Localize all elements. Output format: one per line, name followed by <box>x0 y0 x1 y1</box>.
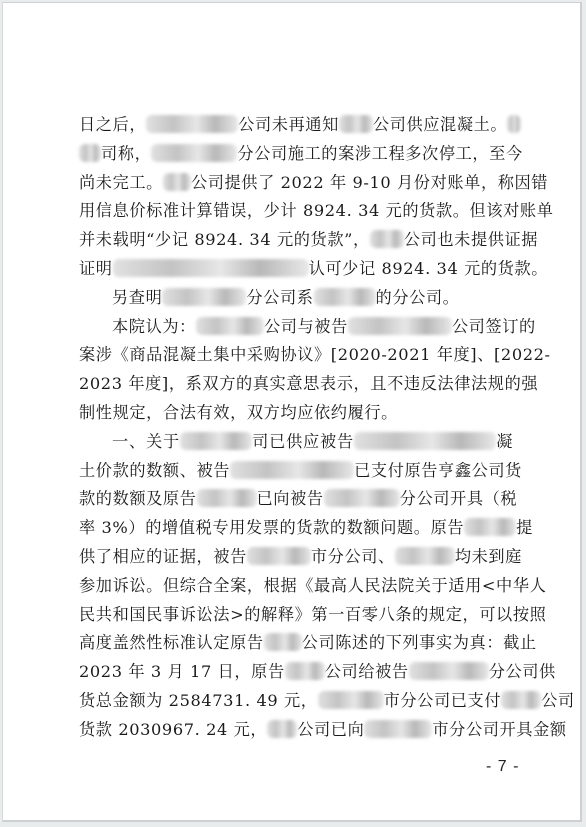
redacted-name <box>197 489 257 507</box>
text-segment: 公司与被告 <box>264 317 348 336</box>
text-segment: 制性规定，合法有效，双方均应依约履行。 <box>79 403 398 422</box>
text-line: 民共和国民事诉讼法>的解释》第一百零八条的规定，可以按照 <box>79 601 513 630</box>
redacted-name <box>348 317 452 335</box>
text-segment: 货总金额为 2584731. 49 元， <box>79 691 318 710</box>
text-segment: 认可少记 8924. 34 元的货款。 <box>309 259 548 278</box>
text-line: 本院认为：公司与被告公司签订的 <box>79 313 513 342</box>
text-segment: 尚未完工。 <box>79 173 163 192</box>
text-line: 证明认可少记 8924. 34 元的货款。 <box>79 255 513 284</box>
redacted-name <box>314 288 376 306</box>
text-line: 用信息价标准计算错误，少计 8924. 34 元的货款。但该对账单 <box>79 197 513 226</box>
text-segment: 货款 2030967. 24 元， <box>79 720 267 739</box>
text-line: 参加诉讼。但综合全案，根据《最高人民法院关于适用<中华人 <box>79 572 513 601</box>
text-segment: 用信息价标准计算错误，少计 8924. 34 元的货款。但该对账单 <box>79 201 554 220</box>
text-segment: 2023 年度]，系双方的真实意思表示，且不违反法律法规的强 <box>79 374 538 393</box>
text-line: 尚未完工。公司提供了 2022 年 9-10 月份对账单，称因错 <box>79 169 513 198</box>
redacted-name <box>409 662 489 680</box>
text-segment: 高度盖然性标准认定原告 <box>79 633 264 652</box>
text-segment: 市分公司开具金额 <box>432 720 566 739</box>
text-segment: 已向被告 <box>257 489 324 508</box>
text-segment: 本院认为： <box>112 317 196 336</box>
text-segment: 的分公司。 <box>376 288 460 307</box>
redacted-name <box>507 115 521 133</box>
text-segment: 分公司供 <box>489 662 556 681</box>
text-line: 另查明分公司系的分公司。 <box>79 284 513 313</box>
text-segment: 分公司开具（税 <box>400 489 518 508</box>
redacted-name <box>113 259 309 277</box>
text-segment: 案涉《商品混凝土集中采购协议》[2020-2021 年度]、[2022- <box>79 345 551 364</box>
judgment-body-text: 日之后，公司未再通知公司供应混凝土。 司称，分公司施工的案涉工程多次停工，至今 … <box>79 111 513 745</box>
redacted-name <box>196 317 264 335</box>
text-line: 一、关于司已供应被告凝 <box>79 428 513 457</box>
text-line: 司称，分公司施工的案涉工程多次停工，至今 <box>79 140 513 169</box>
redacted-name <box>354 432 496 450</box>
text-segment: 并未载明“少记 8924. 34 元的货款”， <box>79 230 370 249</box>
page-number: - 7 - <box>486 758 519 776</box>
text-line: 高度盖然性标准认定原告公司陈述的下列事实为真：截止 <box>79 629 513 658</box>
redacted-name <box>364 720 432 738</box>
redacted-name <box>180 432 252 450</box>
text-segment: 公司提供了 2022 年 9-10 月份对账单，称因错 <box>191 173 548 192</box>
text-segment: 民共和国民事诉讼法>的解释》第一百零八条的规定，可以按照 <box>79 605 546 624</box>
text-segment: 参加诉讼。但综合全案，根据《最高人民法院关于适用<中华人 <box>79 576 546 595</box>
text-segment: 公司供应混凝土。 <box>373 115 507 134</box>
redacted-name <box>501 691 541 709</box>
text-segment: 证明 <box>79 259 113 278</box>
text-segment: 凝 <box>496 432 513 451</box>
text-line: 款的数额及原告已向被告分公司开具（税 <box>79 485 513 514</box>
text-segment: 率 3%）的增值税专用发票的货款的数额问题。原告 <box>79 518 464 537</box>
text-segment: 公司未再通知 <box>238 115 339 134</box>
redacted-name <box>464 518 516 536</box>
redacted-name <box>285 662 325 680</box>
text-segment: 市分公司、 <box>311 547 395 566</box>
text-segment: 均未到庭 <box>455 547 522 566</box>
text-line: 制性规定，合法有效，双方均应依约履行。 <box>79 399 513 428</box>
redacted-name <box>324 489 400 507</box>
text-segment: 一、关于 <box>112 432 180 451</box>
text-segment: 司称， <box>101 144 151 163</box>
redacted-name <box>264 633 302 651</box>
text-segment: 分公司施工的案涉工程多次停工，至今 <box>237 144 522 163</box>
redacted-name <box>247 547 311 565</box>
text-line: 货总金额为 2584731. 49 元，市分公司已支付公司 <box>79 687 513 716</box>
text-segment: 公司签订的 <box>452 317 536 336</box>
text-segment: 公司也未提供证据 <box>404 230 538 249</box>
text-segment: 款的数额及原告 <box>79 489 197 508</box>
redacted-name <box>370 230 404 248</box>
text-segment: 公司给被告 <box>325 662 409 681</box>
text-segment: 供了相应的证据，被告 <box>79 547 247 566</box>
text-line: 2023 年 3 月 17 日，原告公司给被告分公司供 <box>79 658 513 687</box>
text-segment: 公司陈述的下列事实为真：截止 <box>302 633 537 652</box>
text-line: 土价款的数额、被告已支付原告亨鑫公司货 <box>79 457 513 486</box>
text-segment: 已支付原告亨鑫公司货 <box>354 461 522 480</box>
redacted-name <box>339 115 373 133</box>
text-segment: 分公司系 <box>246 288 313 307</box>
text-segment: 2023 年 3 月 17 日，原告 <box>79 662 285 681</box>
text-line: 2023 年度]，系双方的真实意思表示，且不违反法律法规的强 <box>79 370 513 399</box>
text-line: 案涉《商品混凝土集中采购协议》[2020-2021 年度]、[2022- <box>79 341 513 370</box>
redacted-name <box>146 115 238 133</box>
redacted-name <box>163 173 191 191</box>
text-segment: 另查明 <box>112 288 162 307</box>
text-segment: 公司 <box>541 691 575 710</box>
text-line: 并未载明“少记 8924. 34 元的货款”，公司也未提供证据 <box>79 226 513 255</box>
redacted-name <box>230 461 354 479</box>
redacted-name <box>318 691 384 709</box>
text-line: 供了相应的证据，被告市分公司、均未到庭 <box>79 543 513 572</box>
redacted-name <box>162 288 246 306</box>
redacted-name <box>267 720 297 738</box>
text-segment: 司已供应被告 <box>252 432 354 451</box>
text-segment: 市分公司已支付 <box>384 691 502 710</box>
redacted-name <box>79 144 101 162</box>
redacted-name <box>151 144 237 162</box>
redacted-name <box>395 547 455 565</box>
text-segment: 公司已向 <box>297 720 364 739</box>
text-segment: 日之后， <box>79 115 146 134</box>
text-line: 率 3%）的增值税专用发票的货款的数额问题。原告提 <box>79 514 513 543</box>
text-segment: 土价款的数额、被告 <box>79 461 230 480</box>
document-page: 日之后，公司未再通知公司供应混凝土。 司称，分公司施工的案涉工程多次停工，至今 … <box>2 2 582 822</box>
text-segment: 提 <box>516 518 533 537</box>
text-line: 日之后，公司未再通知公司供应混凝土。 <box>79 111 513 140</box>
text-line: 货款 2030967. 24 元，公司已向市分公司开具金额 <box>79 716 513 745</box>
